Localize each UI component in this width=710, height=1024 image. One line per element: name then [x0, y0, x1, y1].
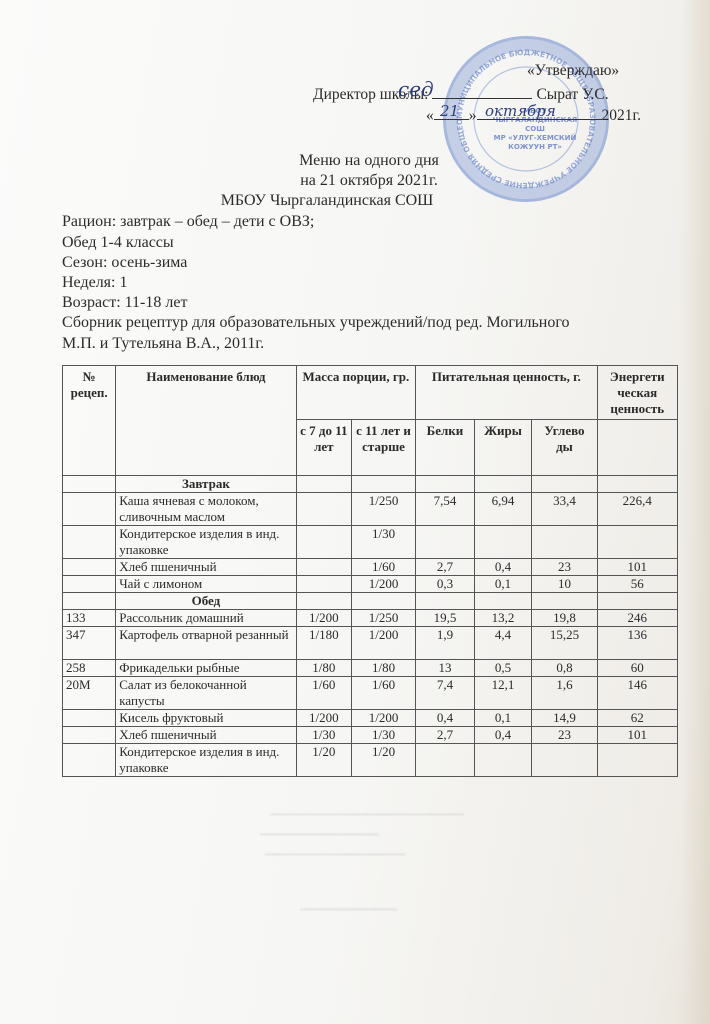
header-energy-blank — [597, 420, 677, 476]
proteins-cell: 0,4 — [416, 710, 475, 727]
proteins-cell: 0,3 — [416, 576, 475, 593]
mass-7-11-cell: 1/80 — [296, 660, 351, 677]
mass-11-plus-cell: 1/20 — [352, 744, 416, 777]
fats-cell: 6,94 — [474, 493, 532, 526]
table-row: Кисель фруктовый1/2001/2000,40,114,962 — [63, 710, 678, 727]
energy-cell: 146 — [597, 677, 677, 710]
table-row: 258Фрикадельки рыбные1/801/80130,50,860 — [63, 660, 678, 677]
week-info: Неделя: 1 — [62, 273, 127, 293]
carbs-cell: 1,6 — [532, 677, 597, 710]
proteins-cell: 13 — [416, 660, 475, 677]
table-row: 133Рассольник домашний1/2001/25019,513,2… — [63, 610, 678, 627]
dish-name-cell: Фрикадельки рыбные — [116, 660, 296, 677]
carbs-cell: 15,25 — [532, 627, 597, 660]
carbs-cell: 0,8 — [532, 660, 597, 677]
section-title: Завтрак — [116, 476, 296, 493]
mass-11-plus-cell: 1/250 — [352, 493, 416, 526]
header-recipe-no: № рецеп. — [63, 366, 116, 476]
energy-cell — [597, 744, 677, 777]
mass-7-11-cell — [296, 559, 351, 576]
dish-name-cell: Кондитерское изделия в инд. упаковке — [116, 744, 296, 777]
recipe-no-cell: 258 — [63, 660, 116, 677]
menu-table-body: ЗавтракКаша ячневая с молоком, сливочным… — [63, 476, 678, 777]
handwritten-day: 21 — [440, 102, 459, 120]
energy-cell: 101 — [597, 559, 677, 576]
ration-info: Рацион: завтрак – обед – дети с ОВЗ; — [62, 212, 314, 232]
header-fats: Жиры — [474, 420, 532, 476]
mass-7-11-cell: 1/200 — [296, 710, 351, 727]
school-name: МБОУ Чыргаландинская СОШ — [0, 191, 682, 211]
season-info: Сезон: осень-зима — [62, 253, 187, 273]
bleed-through-text: ▁▁▁▁▁▁▁▁▁ — [300, 895, 397, 912]
carbs-cell: 10 — [532, 576, 597, 593]
mass-11-plus-cell: 1/200 — [352, 576, 416, 593]
dish-name-cell: Каша ячневая с молоком, сливочным маслом — [116, 493, 296, 526]
table-row: Хлеб пшеничный1/301/302,70,423101 — [63, 727, 678, 744]
proteins-cell — [416, 526, 475, 559]
mass-7-11-cell — [296, 493, 351, 526]
fats-cell: 0,5 — [474, 660, 532, 677]
energy-cell: 62 — [597, 710, 677, 727]
dish-name-cell: Кисель фруктовый — [116, 710, 296, 727]
header-age-7-11: с 7 до 11 лет — [296, 420, 351, 476]
fats-cell: 0,1 — [474, 576, 532, 593]
dish-name-cell: Рассольник домашний — [116, 610, 296, 627]
proteins-cell: 1,9 — [416, 627, 475, 660]
dish-name-cell: Салат из белокочанной капусты — [116, 677, 296, 710]
signature-line — [432, 84, 532, 99]
energy-cell: 226,4 — [597, 493, 677, 526]
mass-7-11-cell: 1/30 — [296, 727, 351, 744]
bleed-through-text: ▁▁▁▁▁▁▁▁▁▁▁▁▁▁▁▁▁▁ — [270, 800, 464, 817]
carbs-cell: 14,9 — [532, 710, 597, 727]
table-row: Каша ячневая с молоком, сливочным маслом… — [63, 493, 678, 526]
header-proteins: Белки — [416, 420, 475, 476]
mass-11-plus-cell: 1/200 — [352, 627, 416, 660]
mass-11-plus-cell: 1/200 — [352, 710, 416, 727]
mass-7-11-cell — [296, 526, 351, 559]
dish-name-cell: Кондитерское изделия в инд. упаковке — [116, 526, 296, 559]
recipe-no-cell — [63, 526, 116, 559]
recipe-no-cell — [63, 576, 116, 593]
recipe-no-cell: 133 — [63, 610, 116, 627]
header-age-11-plus: с 11 лет и старше — [352, 420, 416, 476]
carbs-cell — [532, 744, 597, 777]
menu-date: на 21 октября 2021г. — [14, 171, 710, 191]
signature: сед — [398, 77, 434, 101]
header-energy: Энергети ческая ценность — [597, 366, 677, 420]
header-dish-name: Наименование блюд — [116, 366, 296, 476]
header-carbs: Углево ды — [532, 420, 597, 476]
mass-7-11-cell: 1/180 — [296, 627, 351, 660]
mass-7-11-cell: 1/200 — [296, 610, 351, 627]
dish-name-cell: Хлеб пшеничный — [116, 559, 296, 576]
energy-cell: 60 — [597, 660, 677, 677]
energy-cell: 101 — [597, 727, 677, 744]
energy-cell: 246 — [597, 610, 677, 627]
bleed-through-text: ▁▁▁▁▁▁▁▁▁▁▁▁▁ — [265, 840, 405, 857]
recipe-no-cell — [63, 493, 116, 526]
menu-table: № рецеп. Наименование блюд Масса порции,… — [62, 365, 678, 777]
table-row: Чай с лимоном1/2000,30,11056 — [63, 576, 678, 593]
proteins-cell: 7,4 — [416, 677, 475, 710]
fats-cell — [474, 744, 532, 777]
recipe-no-cell: 20М — [63, 677, 116, 710]
source-info: Сборник рецептур для образовательных учр… — [62, 313, 570, 333]
age-info: Возраст: 11-18 лет — [62, 293, 187, 313]
mass-7-11-cell: 1/20 — [296, 744, 351, 777]
carbs-cell: 23 — [532, 727, 597, 744]
section-title: Обед — [116, 593, 296, 610]
carbs-cell: 23 — [532, 559, 597, 576]
mass-11-plus-cell: 1/60 — [352, 677, 416, 710]
mass-11-plus-cell: 1/60 — [352, 559, 416, 576]
header-portion-mass: Масса порции, гр. — [296, 366, 416, 420]
mass-11-plus-cell: 1/250 — [352, 610, 416, 627]
proteins-cell — [416, 744, 475, 777]
recipe-no-cell — [63, 744, 116, 777]
bleed-through-text: ▁▁▁▁▁▁▁▁▁▁▁ — [260, 820, 378, 837]
date-year: 2021г. — [602, 107, 641, 124]
mass-7-11-cell: 1/60 — [296, 677, 351, 710]
table-row: 20МСалат из белокочанной капусты1/601/60… — [63, 677, 678, 710]
approve-label: «Утверждаю» — [527, 61, 619, 81]
director-line: Директор школы:Сырат У.С. — [313, 84, 609, 105]
carbs-cell: 19,8 — [532, 610, 597, 627]
section-row: Обед — [63, 593, 678, 610]
section-row: Завтрак — [63, 476, 678, 493]
proteins-cell: 19,5 — [416, 610, 475, 627]
lunch-classes-info: Обед 1-4 классы — [62, 233, 174, 253]
source-info-cont: М.П. и Тутельяна В.А., 2011г. — [62, 334, 264, 354]
fats-cell: 0,1 — [474, 710, 532, 727]
fats-cell: 0,4 — [474, 727, 532, 744]
recipe-no-cell — [63, 559, 116, 576]
recipe-no-cell — [63, 710, 116, 727]
energy-cell: 56 — [597, 576, 677, 593]
fats-cell: 0,4 — [474, 559, 532, 576]
header-nutrition: Питательная ценность, г. — [416, 366, 597, 420]
mass-11-plus-cell: 1/30 — [352, 526, 416, 559]
energy-cell — [597, 526, 677, 559]
proteins-cell: 2,7 — [416, 727, 475, 744]
carbs-cell — [532, 526, 597, 559]
recipe-no-cell: 347 — [63, 627, 116, 660]
fats-cell: 13,2 — [474, 610, 532, 627]
fats-cell: 4,4 — [474, 627, 532, 660]
handwritten-month: октября — [485, 102, 556, 120]
table-row: Кондитерское изделия в инд. упаковке1/30 — [63, 526, 678, 559]
proteins-cell: 7,54 — [416, 493, 475, 526]
mass-11-plus-cell: 1/30 — [352, 727, 416, 744]
mass-11-plus-cell: 1/80 — [352, 660, 416, 677]
fats-cell — [474, 526, 532, 559]
dish-name-cell: Картофель отварной резанный — [116, 627, 296, 660]
dish-name-cell: Хлеб пшеничный — [116, 727, 296, 744]
recipe-no-cell — [63, 727, 116, 744]
dish-name-cell: Чай с лимоном — [116, 576, 296, 593]
table-row: Кондитерское изделия в инд. упаковке1/20… — [63, 744, 678, 777]
table-row: Хлеб пшеничный1/602,70,423101 — [63, 559, 678, 576]
menu-title: Меню на одного дня — [14, 151, 710, 171]
proteins-cell: 2,7 — [416, 559, 475, 576]
table-row: 347Картофель отварной резанный1/1801/200… — [63, 627, 678, 660]
energy-cell: 136 — [597, 627, 677, 660]
carbs-cell: 33,4 — [532, 493, 597, 526]
fats-cell: 12,1 — [474, 677, 532, 710]
director-name: Сырат У.С. — [536, 86, 608, 103]
mass-7-11-cell — [296, 576, 351, 593]
